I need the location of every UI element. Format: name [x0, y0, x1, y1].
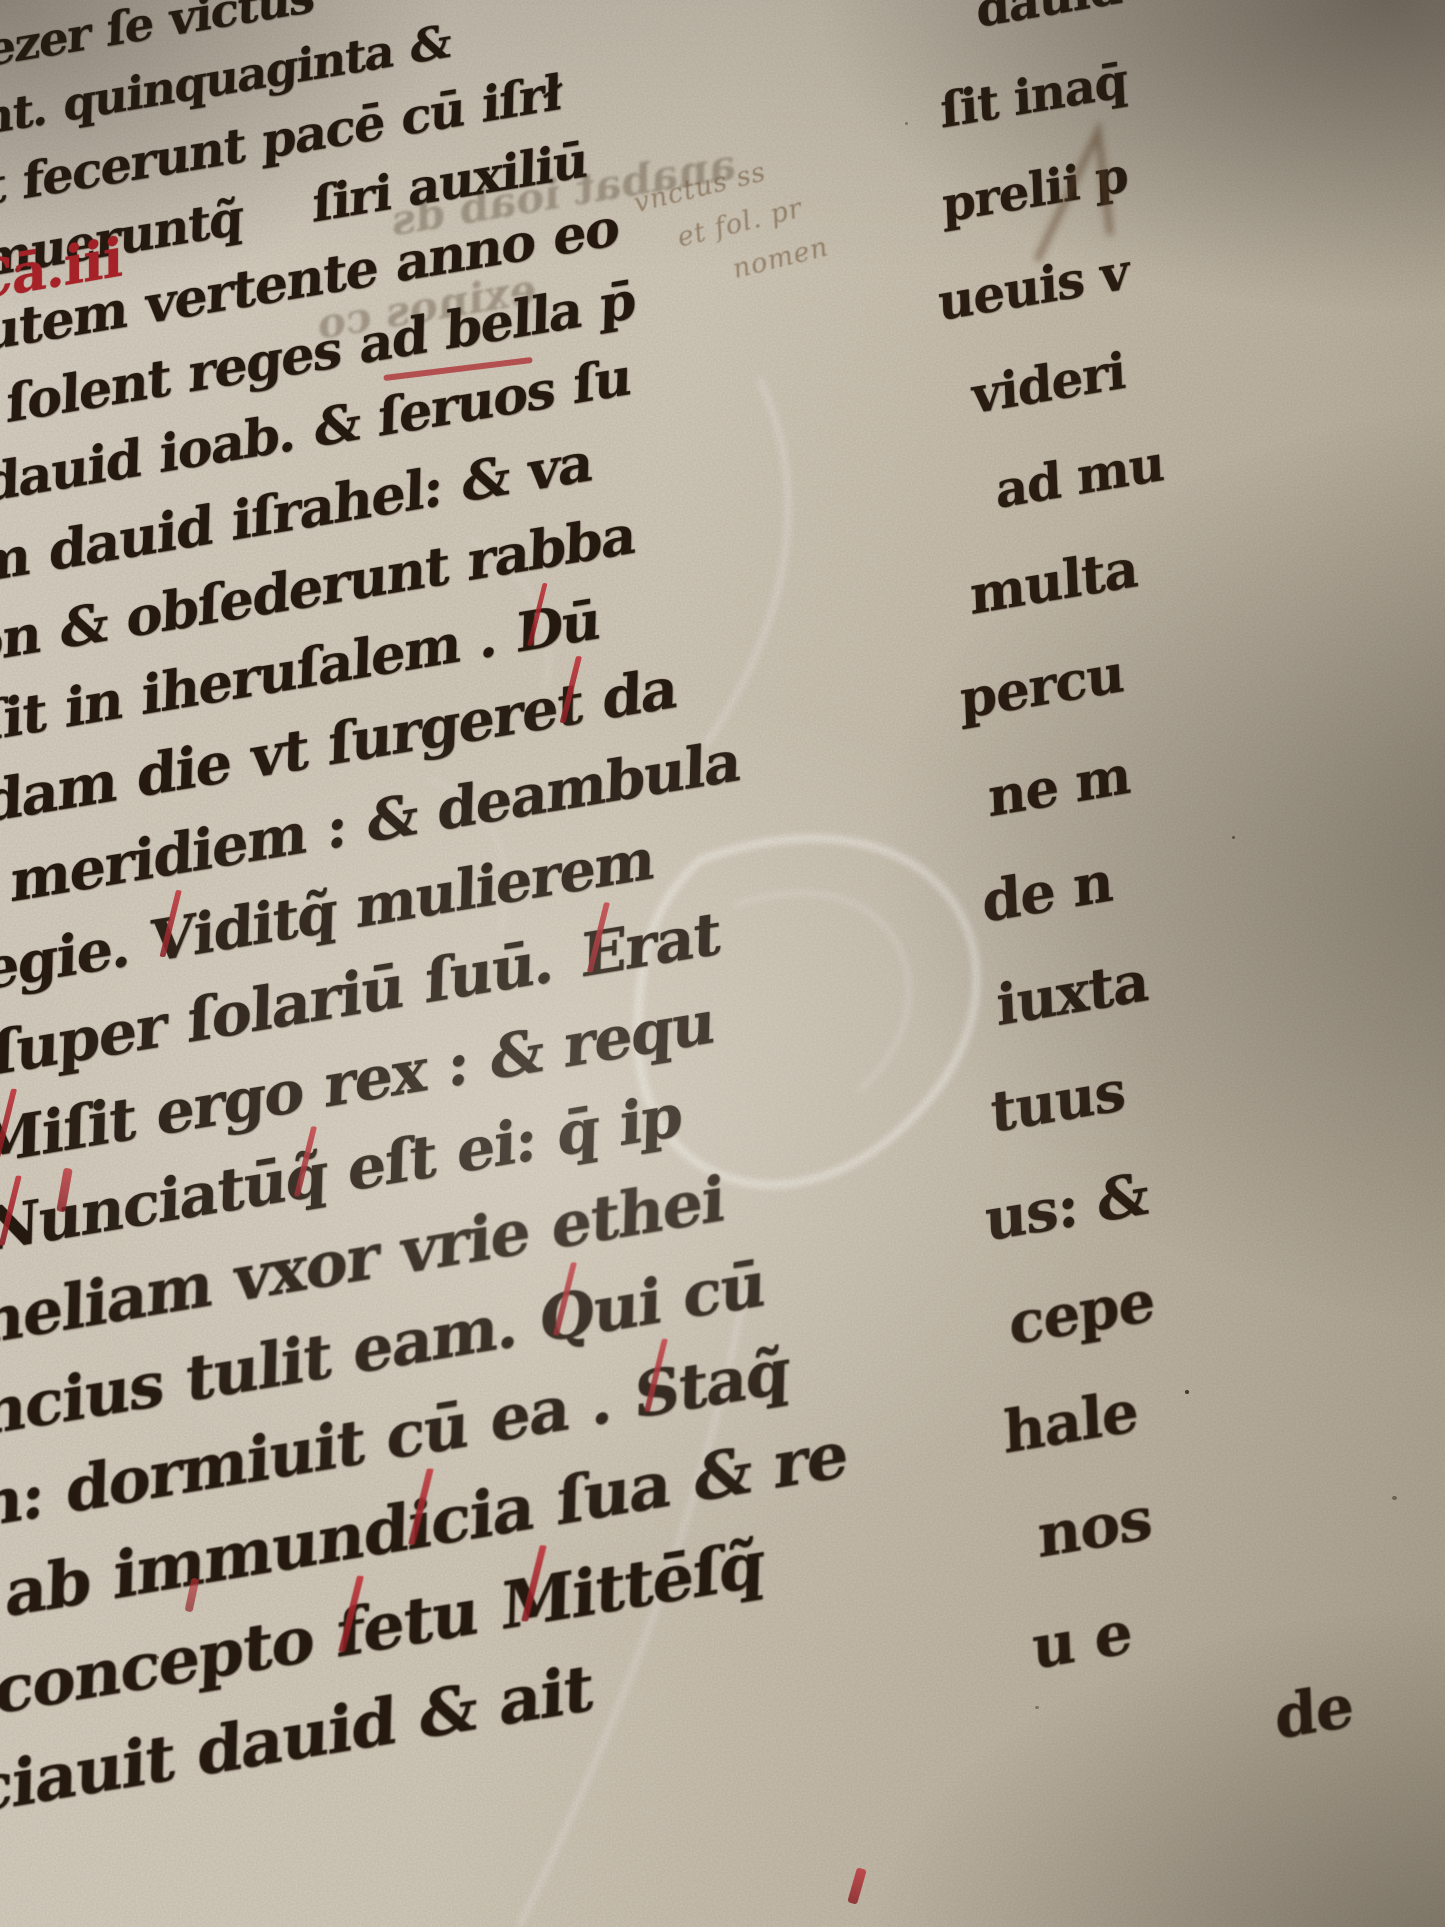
rubricated-capital: E: [574, 905, 627, 1001]
red-rubrication-mark: [847, 1867, 867, 1904]
rubricated-capital: f: [335, 1582, 364, 1682]
text-run: iuxta: [995, 948, 1149, 1040]
parchment-page: anabat ioab dsexinos co autemadezer ſe v…: [0, 0, 1445, 1927]
right-text-column: dauid vſit inaq̄prelii pueuis vvideriad …: [915, 0, 1445, 1822]
text-run: multa: [969, 537, 1139, 627]
text-run: ū: [561, 587, 601, 657]
rubricated-capital: Q: [539, 1265, 595, 1366]
text-run: percu: [959, 642, 1125, 732]
text-run: da: [581, 654, 677, 737]
text-run: de: [1274, 1670, 1354, 1753]
text-run: etu: [362, 1569, 502, 1668]
text-run: u e: [1031, 1597, 1133, 1684]
rubricated-capital: M: [0, 1090, 43, 1189]
dust-speck: [1232, 836, 1235, 839]
text-run: us: &: [984, 1159, 1149, 1254]
dust-speck: [1185, 1390, 1189, 1394]
text-run: tuus: [989, 1057, 1126, 1146]
rubricated-capital: D: [515, 585, 563, 673]
text-run: ueuis v: [937, 241, 1129, 332]
rubricated-capital: V: [149, 894, 194, 985]
dust-speck: [905, 122, 908, 125]
text-run: videri: [971, 341, 1126, 426]
text-run: cepe: [1008, 1266, 1155, 1358]
rubricated-capital: M: [500, 1547, 573, 1655]
rubricated-capital: i: [407, 1475, 433, 1575]
dust-speck: [156, 1656, 159, 1659]
rubricated-capital: q̃: [285, 1130, 328, 1225]
rubricated-capital: N: [0, 1178, 40, 1275]
dust-speck: [1392, 1496, 1397, 1500]
text-run: rat: [624, 899, 720, 985]
text-run: hale: [1002, 1376, 1139, 1467]
dust-speck: [1035, 1706, 1039, 1709]
text-run: ſit inaq̄: [939, 52, 1128, 139]
text-run: nos: [1036, 1483, 1152, 1572]
rubricated-capital: S: [633, 1342, 680, 1441]
text-run: ad mu: [995, 433, 1165, 520]
text-run: ne m: [987, 743, 1131, 829]
text-run: de n: [981, 848, 1114, 936]
text-run: taq̃: [678, 1333, 790, 1425]
rubricated-capital: t: [556, 662, 583, 750]
